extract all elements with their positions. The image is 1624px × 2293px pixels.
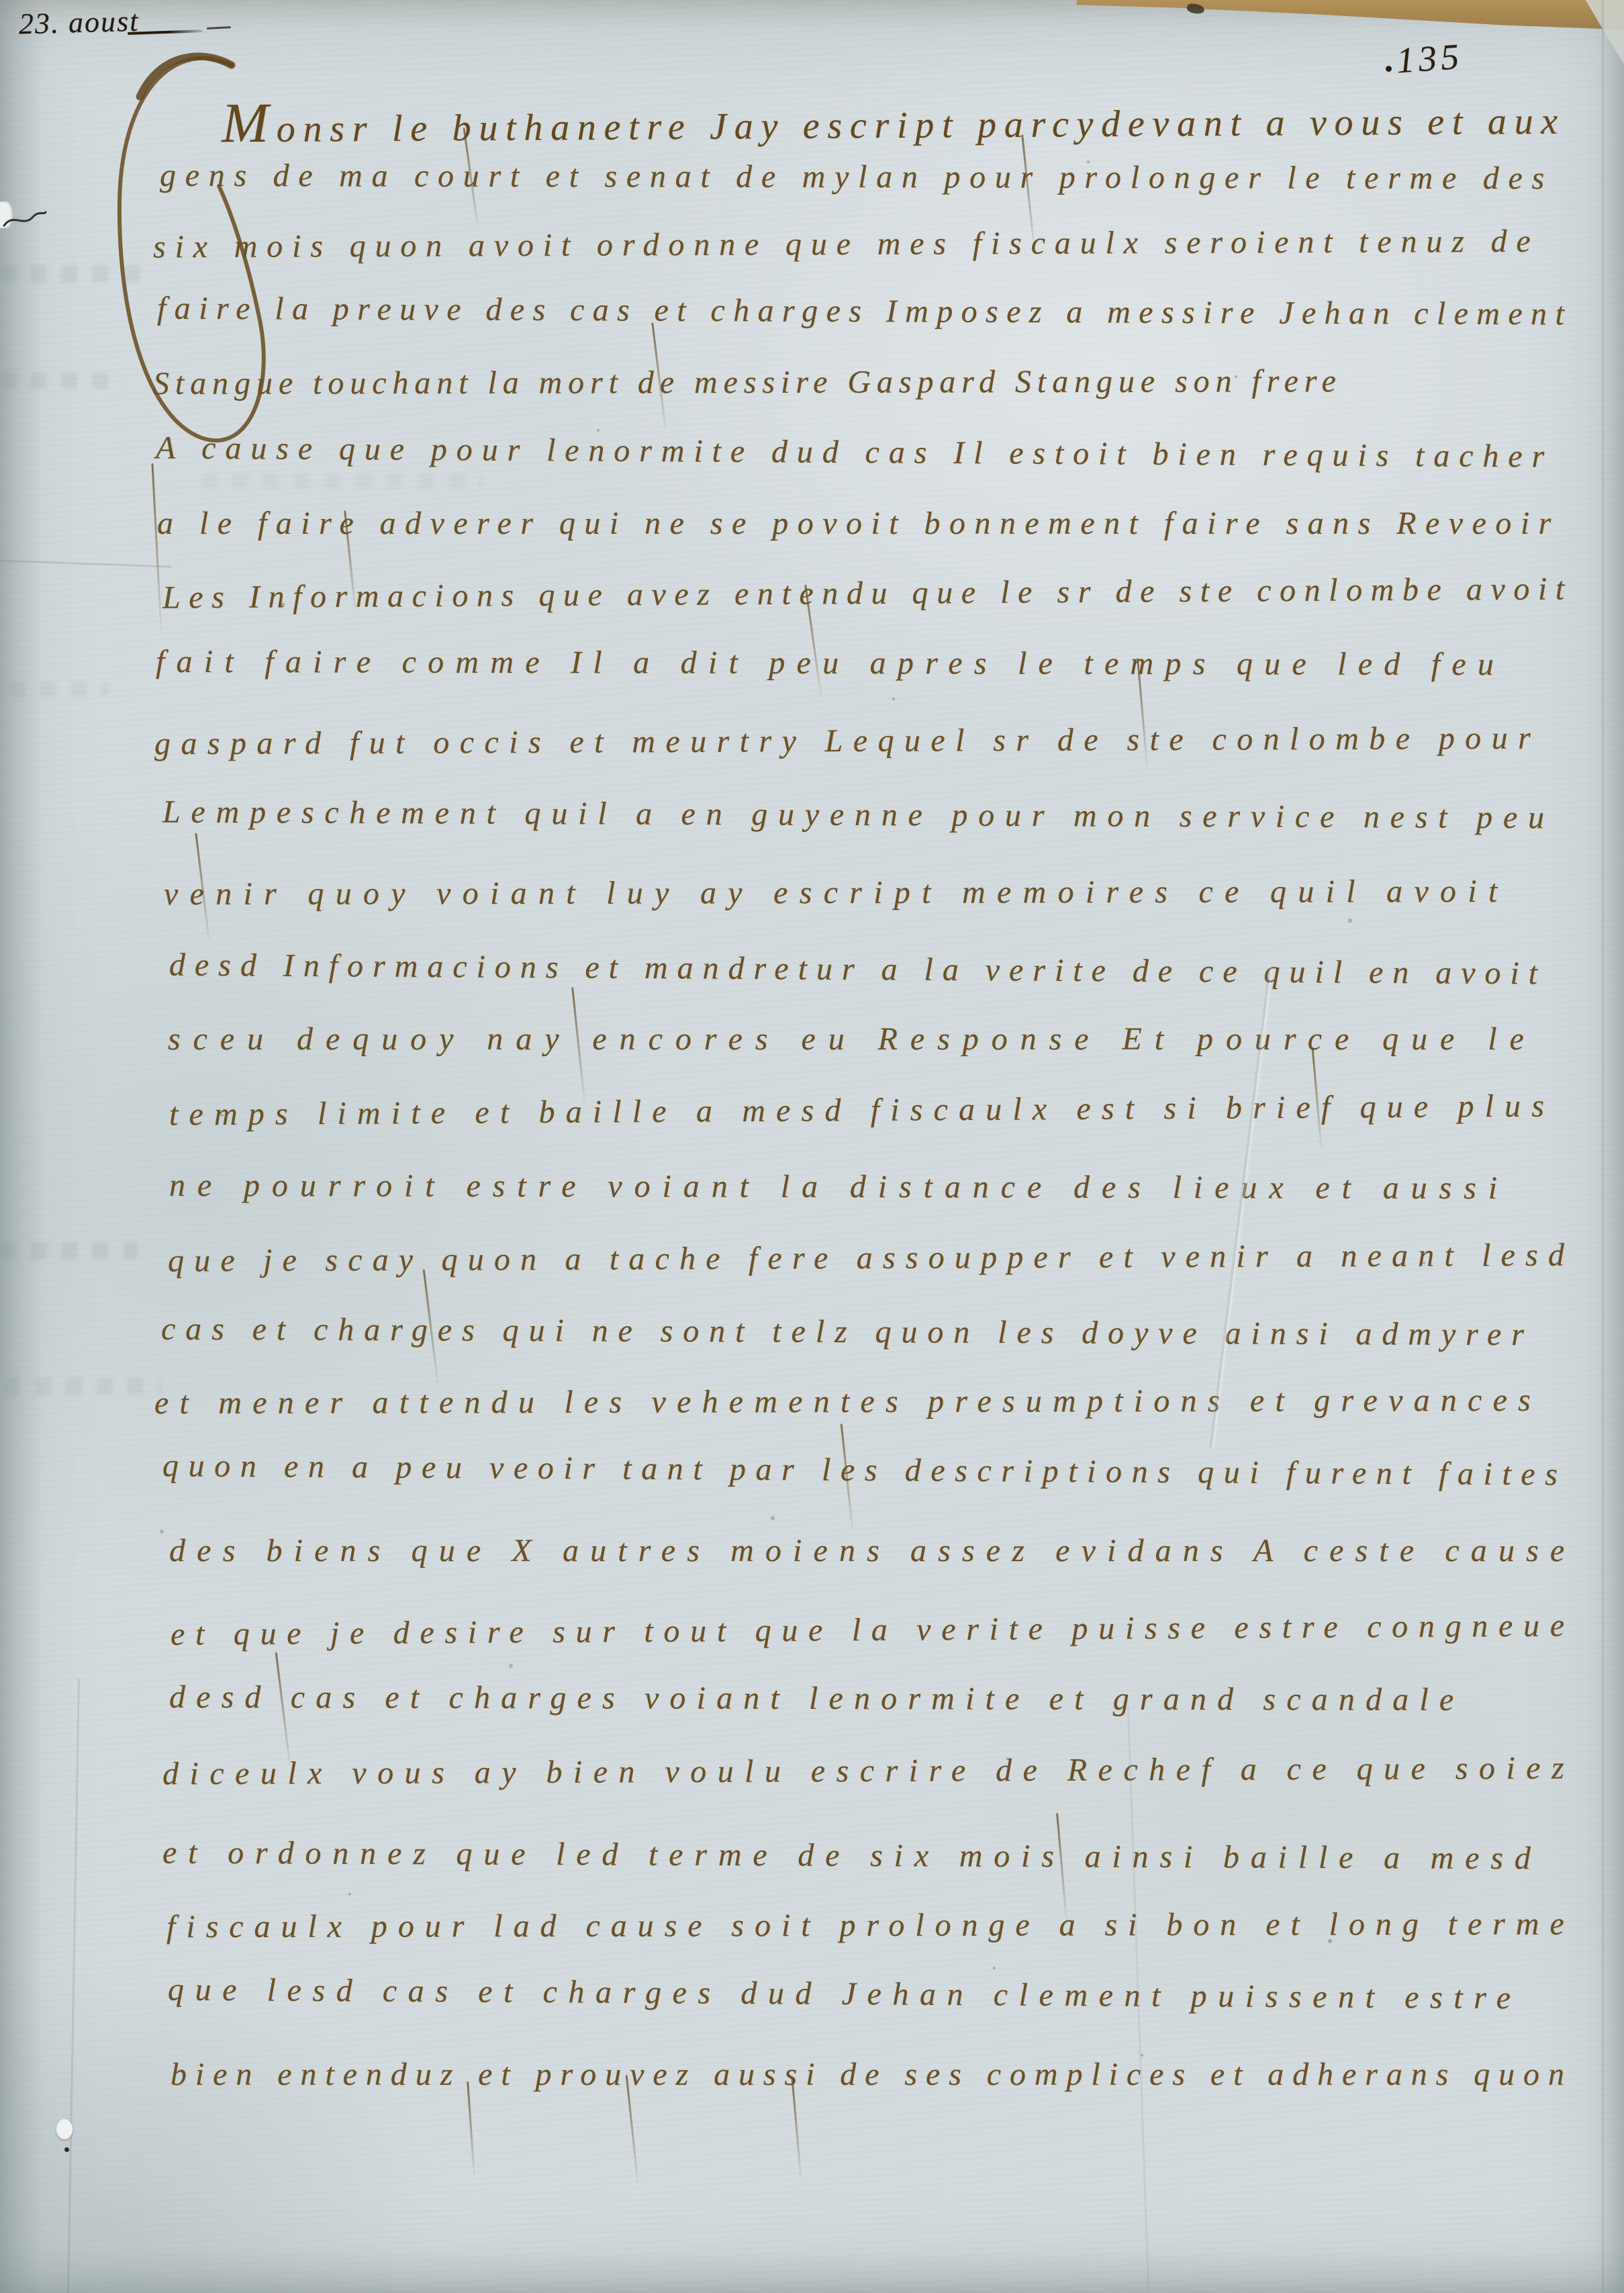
manuscript-line: A cause que pour lenormite dud cas Il es… [156, 432, 1554, 473]
manuscript-page: 23. aoust 135 Monsr le buthanetre Jay es… [0, 0, 1624, 2293]
ghost-showthrough [0, 265, 144, 283]
paper-speckles [0, 0, 1, 1]
manuscript-line: fiscaulx pour lad cause soit prolonge a … [166, 1908, 1575, 1943]
manuscript-line: et mener attendu les vehementes presumpt… [154, 1385, 1541, 1419]
paper-chip [56, 2119, 73, 2139]
ghost-showthrough [201, 473, 483, 489]
ghost-showthrough [9, 682, 110, 697]
manuscript-line: cas et charges qui ne sont telz quon les… [161, 1313, 1534, 1352]
manuscript-line: sceu dequoy nay encores eu Response Et p… [168, 1023, 1537, 1056]
manuscript-line: bien entenduz et prouvez aussi de ses co… [171, 2059, 1573, 2091]
paper-flaw [1, 205, 48, 236]
manuscript-line: Monsr le buthanetre Jay escript parcydev… [222, 87, 1566, 152]
manuscript-line: que je scay quon a tache fere assoupper … [168, 1239, 1574, 1278]
ghost-showthrough [4, 1378, 162, 1395]
manuscript-line: faire la preuve des cas et charges Impos… [157, 293, 1572, 331]
manuscript-line: a le faire adverer qui ne se povoit bonn… [157, 508, 1560, 540]
manuscript-line: des biens que X autres moiens assez evid… [169, 1535, 1576, 1567]
pen-stroke [151, 463, 162, 631]
manuscript-line: desd Informacions et mandretur a la veri… [169, 949, 1547, 990]
manuscript-line: diceulx vous ay bien voulu escrire de Re… [162, 1752, 1575, 1791]
paper-crease [67, 1679, 80, 2293]
date-annotation-dash [207, 26, 231, 30]
folio-number: 135 [1395, 36, 1464, 82]
ghost-showthrough [0, 1242, 138, 1260]
manuscript-line: Stangue touchant la mort de messire Gasp… [153, 365, 1342, 400]
ink-dot [1386, 66, 1392, 72]
manuscript-line: venir quoy voiant luy ay escript memoire… [164, 876, 1509, 910]
manuscript-line: Lempeschement quil a en guyenne pour mon… [162, 796, 1555, 835]
manuscript-line: que lesd cas et charges dud Jehan clemen… [168, 1974, 1522, 2015]
manuscript-line: quon en a peu veoir tant par les descrip… [162, 1450, 1568, 1491]
ghost-showthrough [0, 373, 124, 389]
manuscript-line: ne pourroit estre voiant la distance des… [169, 1170, 1509, 1205]
manuscript-line: six mois quon avoit ordonne que mes fisc… [153, 226, 1540, 264]
manuscript-line: et que je desire sur tout que la verite … [171, 1609, 1575, 1650]
manuscript-line: Les Informacions que avez entendu que le… [162, 573, 1573, 614]
date-annotation: 23. aoust [18, 4, 140, 42]
pen-stroke [791, 2078, 802, 2179]
paper-crease [0, 560, 171, 568]
paper-crease [1602, 0, 1604, 2293]
manuscript-line: temps limite et baille a mesd fiscaulx e… [169, 1090, 1555, 1131]
manuscript-line: gaspard fut occis et meurtry Lequel sr d… [154, 722, 1541, 761]
manuscript-line: gens de ma court et senat de mylan pour … [160, 160, 1554, 195]
manuscript-line: fait faire comme Il a dit peu apres le t… [156, 646, 1505, 681]
manuscript-line: et ordonnez que led terme de six mois ai… [162, 1837, 1542, 1875]
manuscript-line: desd cas et charges voiant lenormite et … [169, 1681, 1464, 1716]
pen-stroke [467, 2081, 475, 2175]
ink-dot [64, 2147, 69, 2152]
mount-backing [1077, 0, 1624, 35]
